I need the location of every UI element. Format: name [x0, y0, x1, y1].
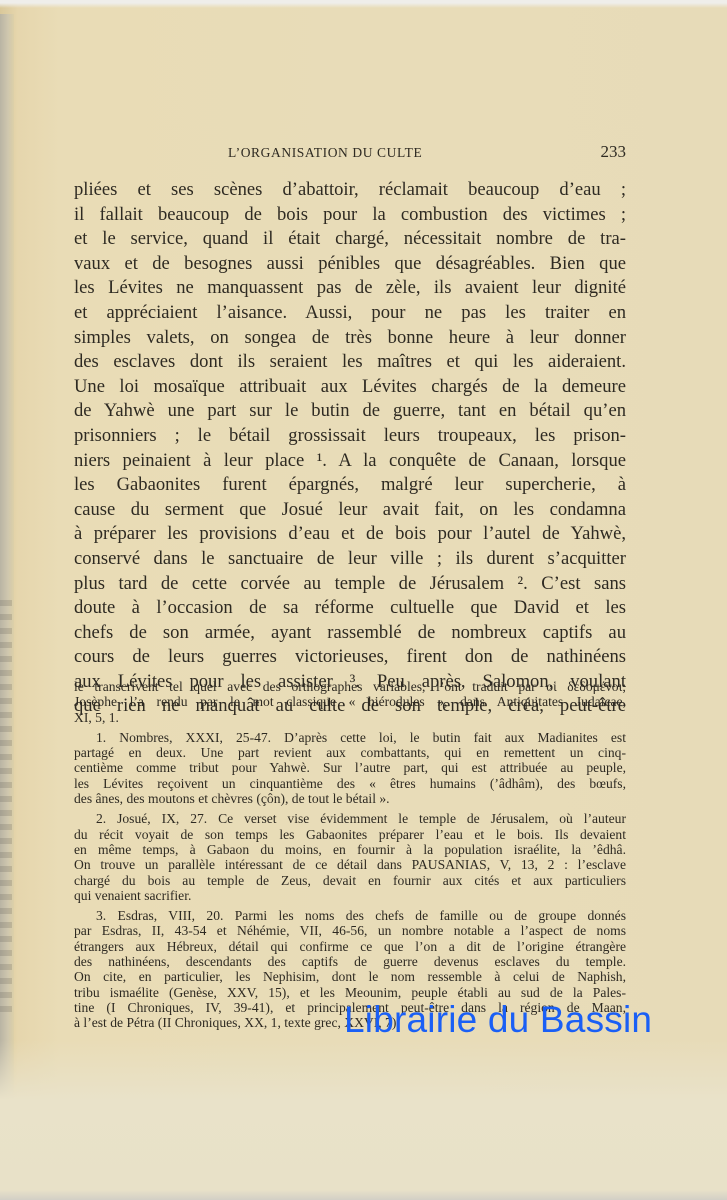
footnote-line: On trouve un parallèle intéressant de ce… [74, 857, 626, 872]
footnote-line: XI, 5, 1. [74, 710, 626, 725]
footnote-line: chargé du bois au temple de Zeus, devait… [74, 873, 626, 888]
body-line: pliées et ses scènes d’abattoir, réclama… [74, 178, 626, 203]
footnotes: le transcrivent tel quel avec des orthog… [74, 679, 626, 1036]
footnote-continuation: le transcrivent tel quel avec des orthog… [74, 679, 626, 725]
page-number: 233 [601, 142, 627, 162]
body-line: Une loi mosaïque attribuait aux Lévites … [74, 375, 626, 400]
footnote-line: 3. Esdras, VIII, 20. Parmi les noms des … [74, 908, 626, 923]
footnote-line: étrangers aux Hébreux, détail qui confir… [74, 939, 626, 954]
body-line: cours de leurs guerres victorieuses, fir… [74, 645, 626, 670]
footnote-line: des ânes, des moutons et chèvres (çôn), … [74, 791, 626, 806]
body-line: cause du serment que Josué leur avait fa… [74, 498, 626, 523]
book-page: L’ORGANISATION DU CULTE 233 pliées et se… [0, 0, 727, 1200]
footnote-line: des nathinéens, descendants des captifs … [74, 954, 626, 969]
footnote-line: Josèphe l’a rendu par le mot classique «… [74, 694, 626, 709]
running-header: L’ORGANISATION DU CULTE 233 [74, 145, 626, 165]
footnote-line: 2. Josué, IX, 27. Ce verset vise évidemm… [74, 811, 626, 826]
body-line: les Lévites ne manquassent pas de zèle, … [74, 276, 626, 301]
footnote-line: tribu ismaélite (Genèse, XXV, 15), et le… [74, 985, 626, 1000]
footnote-line: le transcrivent tel quel avec des orthog… [74, 679, 626, 694]
body-line: prisonniers ; le bétail grossissait leur… [74, 424, 626, 449]
facing-page-edge-text [0, 600, 12, 1020]
footnote-line: 1. Nombres, XXXI, 25-47. D’après cette l… [74, 730, 626, 745]
body-line: vaux et de besognes aussi pénibles que d… [74, 252, 626, 277]
footnote-1: 1. Nombres, XXXI, 25-47. D’après cette l… [74, 730, 626, 806]
body-line: plus tard de cette corvée au temple de J… [74, 572, 626, 597]
body-line: doute à l’occasion de sa réforme cultuel… [74, 596, 626, 621]
body-line: chefs de son armée, ayant rassemblé de n… [74, 621, 626, 646]
footnote-line: partagé en deux. Une part revient aux co… [74, 745, 626, 760]
footnote-line: par Esdras, II, 43-54 et Néhémie, VII, 4… [74, 923, 626, 938]
footnote-line: en même temps, à Gabaon du moins, en fou… [74, 842, 626, 857]
footnote-line: du récit voyait de son temps les Gabaoni… [74, 827, 626, 842]
footnote-line: les Lévites reçoivent un cinquantième de… [74, 776, 626, 791]
body-line: à préparer les provisions d’eau et de bo… [74, 522, 626, 547]
footnote-2: 2. Josué, IX, 27. Ce verset vise évidemm… [74, 811, 626, 903]
body-line: des esclaves dont ils seraient les maîtr… [74, 350, 626, 375]
footnote-line: On cite, en particulier, les Nephisim, d… [74, 969, 626, 984]
footnote-line: centième comme tribut pour Yahwè. Sur l’… [74, 760, 626, 775]
footnote-line: qui venaient sacrifier. [74, 888, 626, 903]
running-title: L’ORGANISATION DU CULTE [228, 145, 422, 161]
body-text: pliées et ses scènes d’abattoir, réclama… [74, 178, 626, 719]
body-line: les Gabaonites furent épargnés, malgré l… [74, 473, 626, 498]
body-line: et appréciaient l’aisance. Aussi, pour n… [74, 301, 626, 326]
body-line: simples valets, on songea de très bonne … [74, 326, 626, 351]
body-line: niers peinaient à leur place ¹. A la con… [74, 449, 626, 474]
body-line: conservé dans le sanctuaire de leur vill… [74, 547, 626, 572]
body-line: de Yahwè une part sur le butin de guerre… [74, 399, 626, 424]
page-bottom-edge [14, 1191, 727, 1192]
watermark-text: Librairie du Bassin [344, 999, 652, 1041]
body-line: et le service, quand il était chargé, né… [74, 227, 626, 252]
body-line: il fallait beaucoup de bois pour la comb… [74, 203, 626, 228]
